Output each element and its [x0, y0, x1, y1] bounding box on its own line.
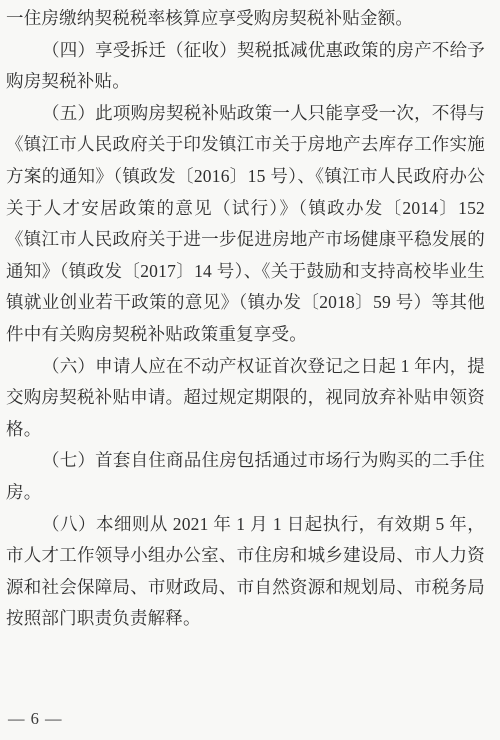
- text-line: 按照部门职责负责解释。: [6, 603, 485, 635]
- text-line: 《镇江市人民政府关于印发镇江市关于房地产去库存工作实施: [6, 129, 485, 161]
- text-line: 件中有关购房契税补贴政策重复享受。: [6, 319, 485, 351]
- text-line: 方案的通知》（镇政发〔2016〕15 号）、《镇江市人民政府办公室: [6, 161, 485, 193]
- text-line: 市人才工作领导小组办公室、市住房和城乡建设局、市人力资: [6, 540, 485, 572]
- text-line: 购房契税补贴。: [6, 66, 485, 98]
- text-line: 源和社会保障局、市财政局、市自然资源和规划局、市税务局: [6, 572, 485, 604]
- text-line: （七）首套自住商品住房包括通过市场行为购买的二手住: [6, 445, 485, 477]
- document-text-body: 一住房缴纳契税税率核算应享受购房契税补贴金额。 （四）享受拆迁（征收）契税抵减优…: [6, 3, 485, 635]
- text-line: 交购房契税补贴申请。超过规定期限的，视同放弃补贴申领资: [6, 382, 485, 414]
- text-line: 关于人才安居政策的意见（试行）》（镇政办发〔2014〕152 号）、: [6, 193, 485, 225]
- page-number: — 6 —: [8, 709, 63, 729]
- text-line: 房。: [6, 477, 485, 509]
- text-line: （八）本细则从 2021 年 1 月 1 日起执行，有效期 5 年，由: [6, 509, 485, 541]
- text-line: （四）享受拆迁（征收）契税抵减优惠政策的房产不给予: [6, 35, 485, 67]
- text-line: （六）申请人应在不动产权证首次登记之日起 1 年内，提: [6, 351, 485, 383]
- text-line: 《镇江市人民政府关于进一步促进房地产市场健康平稳发展的: [6, 224, 485, 256]
- text-line: 格。: [6, 414, 485, 446]
- text-line: （五）此项购房契税补贴政策一人只能享受一次，不得与: [6, 98, 485, 130]
- document-page: 一住房缴纳契税税率核算应享受购房契税补贴金额。 （四）享受拆迁（征收）契税抵减优…: [0, 0, 500, 740]
- text-line: 镇就业创业若干政策的意见》（镇办发〔2018〕59 号）等其他文: [6, 287, 485, 319]
- text-line: 通知》（镇政发〔2017〕14 号）、《关于鼓励和支持高校毕业生来: [6, 256, 485, 288]
- text-line: 一住房缴纳契税税率核算应享受购房契税补贴金额。: [6, 3, 485, 35]
